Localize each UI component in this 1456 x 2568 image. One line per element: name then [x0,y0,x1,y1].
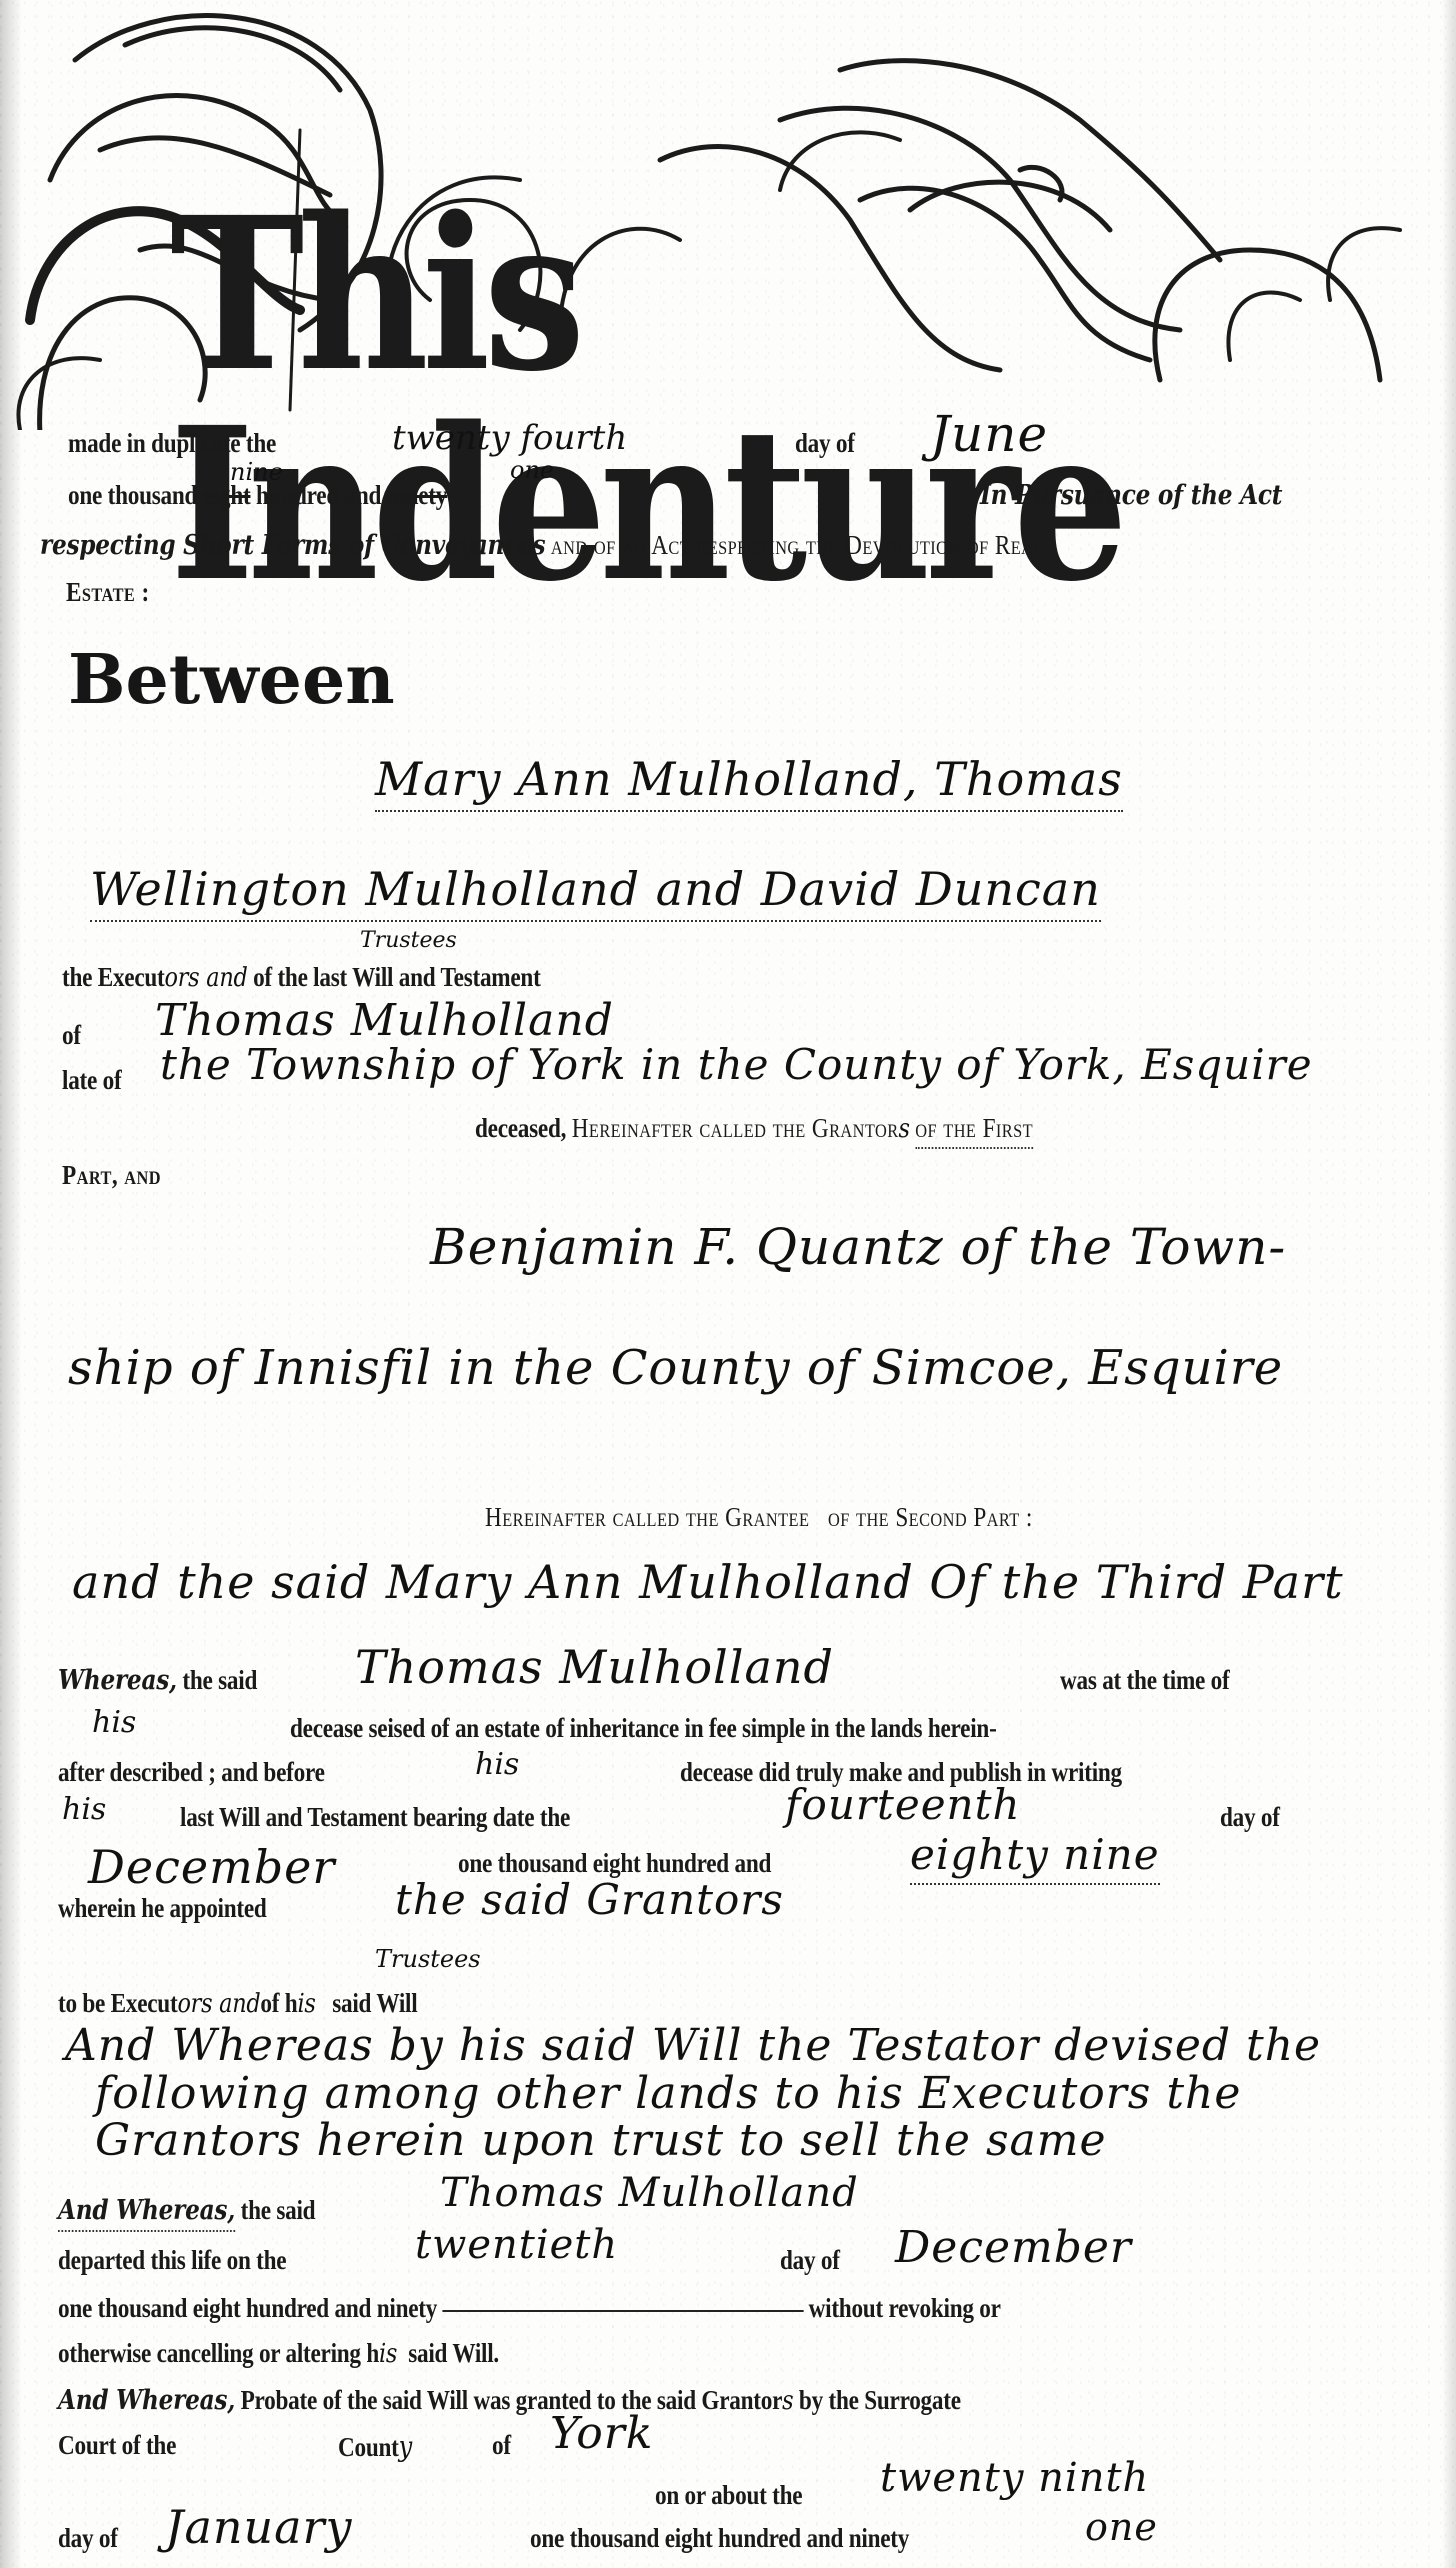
estate-label: Estate : [66,577,150,608]
whereas-1-line1: Whereas, the said [58,1665,257,1696]
year-middle: hundred and [256,480,381,510]
and-whereas-hand-line1: And Whereas by his said Will the Testato… [65,2020,1321,2071]
executors-label-b: of the last Will and Testament [253,962,541,992]
county-hand: y [399,2430,412,2463]
hereinafter-grantor-caps: Hereinafter called the Grantor [572,1113,899,1143]
executors-label-a: the Execut [62,962,165,992]
probate-year-label: one thousand eight hundred and ninety [530,2523,909,2554]
executors-line: the Executors and of the last Will and T… [62,962,541,993]
testator-name: Thomas Mulholland [155,995,614,1046]
made-in-duplicate-label: made in duplicate the [68,428,276,459]
year-line: one thousand eight hundred and ninety [68,480,447,511]
probate-day: twenty ninth [880,2455,1149,2501]
of-h-label: of h [260,1988,297,2018]
will-month: December [88,1840,335,1894]
to-be-executors: to be Execut [58,1988,177,2018]
whereas-1-line6a: wherein he appointed [58,1893,267,1924]
whereas-1-line7: to be Executors andof his said Will [58,1988,417,2019]
county-print: Count [338,2432,399,2462]
will-day: fourteenth [785,1780,1021,1829]
probate-text: Probate of the said Will was granted to … [241,2385,783,2415]
departed-label: departed this life on the [58,2245,286,2276]
county-of-label: of [492,2430,511,2461]
probate-tail: by the Surrogate [799,2385,961,2415]
probate-year-value: one [1085,2505,1158,2549]
short-forms-gothic: respecting Short Forms of Conveyances [40,530,545,561]
probate-grantors-hand: s [782,2386,793,2416]
executors-and-hand: ors and [177,1989,260,2019]
part-and-label: Part, and [62,1160,161,1191]
indenture-day-value: twenty fourth [392,418,627,458]
the-said-label-2: the said [241,2195,316,2225]
and-whereas-hand-line3: Grantors herein upon trust to sell the s… [95,2115,1107,2166]
trustees-insert-2: Trustees [375,1945,481,1973]
county-label: County [338,2430,412,2463]
appointed-value: the said Grantors [395,1875,784,1924]
year-struck-eight: eight [203,480,251,510]
third-party-line: and the said Mary Ann Mulholland Of the … [72,1555,1344,1609]
trustees-insert-1: Trustees [360,928,457,953]
second-part-caps: of the Second Part : [828,1502,1033,1532]
probate-month: January [165,2500,353,2554]
death-day-of-label: day of [780,2245,840,2276]
year-struck-ninety: ninety [387,480,447,510]
deceased-line: deceased, Hereinafter called the Grantor… [475,1113,1033,1144]
whereas-lead: Whereas, [58,1665,177,1696]
death-year-blank [442,2310,803,2312]
year-prefix: one thousand [68,480,197,510]
whereas-1-line2: decease seised of an estate of inheritan… [290,1713,997,1744]
cancel-line: otherwise cancelling or altering his sai… [58,2338,499,2369]
said-will-label: said Will [332,1988,417,2018]
title-block: This Indenture [0,0,1456,430]
probate-day-of-label: day of [58,2523,118,2554]
whereas-1-line3a: after described ; and before [58,1757,325,1788]
court-of-label: Court of the [58,2430,176,2461]
grantee-line1: Benjamin F. Quantz of the Town- [430,1218,1286,1276]
whereas-1-line4a: last Will and Testament bearing date the [180,1802,570,1833]
late-of-value: the Township of York in the County of Yo… [160,1040,1313,1089]
probate-line: And Whereas, Probate of the said Will wa… [58,2385,961,2416]
hereinafter-grantee: Hereinafter called the Grantee [485,1502,809,1532]
day-of-label: day of [795,428,855,459]
his-3: his [62,1792,106,1827]
whereas-1-name: Thomas Mulholland [355,1640,834,1694]
late-of-label: late of [62,1065,121,1096]
and-whereas-lead: And Whereas, [58,2195,235,2232]
whereas-2-name: Thomas Mulholland [440,2170,859,2216]
on-or-about-label: on or about the [655,2480,802,2511]
executors-hand: ors and [165,963,248,993]
cancel-his-hand: is [379,2339,397,2369]
the-said-label: the said [182,1665,257,1695]
respecting-line: respecting Short Forms of Conveyances an… [40,530,1044,561]
year-insert-one: one [510,456,554,484]
pursuance-of-act: In Pursuance of the Act [980,480,1282,511]
his-1: his [92,1705,136,1740]
his-hand: is [297,1989,315,2019]
between-heading: Between [68,640,395,720]
deceased-label: deceased, [475,1113,566,1143]
indenture-month-value: June [930,405,1048,463]
probate-and-whereas: And Whereas, [58,2385,235,2416]
grantors-plural-hand: s [899,1114,910,1144]
his-2: his [475,1747,519,1782]
grantee-caps-line: Hereinafter called the Grantee of the Se… [485,1502,1033,1533]
cancel-label-a: otherwise cancelling or altering h [58,2338,379,2368]
death-year-line: one thousand eight hundred and ninetywit… [58,2293,1001,2324]
devolution-caps: and of an Act respecting the Devolution … [551,530,1044,560]
whereas-1-line4b: day of [1220,1802,1280,1833]
grantee-line2: ship of Innisfil in the County of Simcoe… [68,1340,1283,1396]
first-part-caps: of the First [915,1113,1033,1149]
death-year-label: one thousand eight hundred and ninety [58,2293,437,2323]
will-year: eighty nine [910,1830,1160,1885]
grantors-names-line2: Wellington Mulholland and David Duncan [90,862,1101,922]
death-month: December [895,2222,1132,2273]
grantors-names-line1: Mary Ann Mulholland, Thomas [375,752,1123,812]
without-revoking-label: without revoking or [809,2293,1001,2323]
whereas-2-line1: And Whereas, the said [58,2195,315,2226]
and-whereas-hand-line2: following among other lands to his Execu… [95,2068,1241,2119]
county-value: York [550,2408,653,2459]
of-label: of [62,1020,81,1051]
whereas-1-tail: was at the time of [1060,1665,1229,1696]
cancel-label-b: said Will. [408,2338,499,2368]
death-day: twentieth [415,2222,618,2268]
